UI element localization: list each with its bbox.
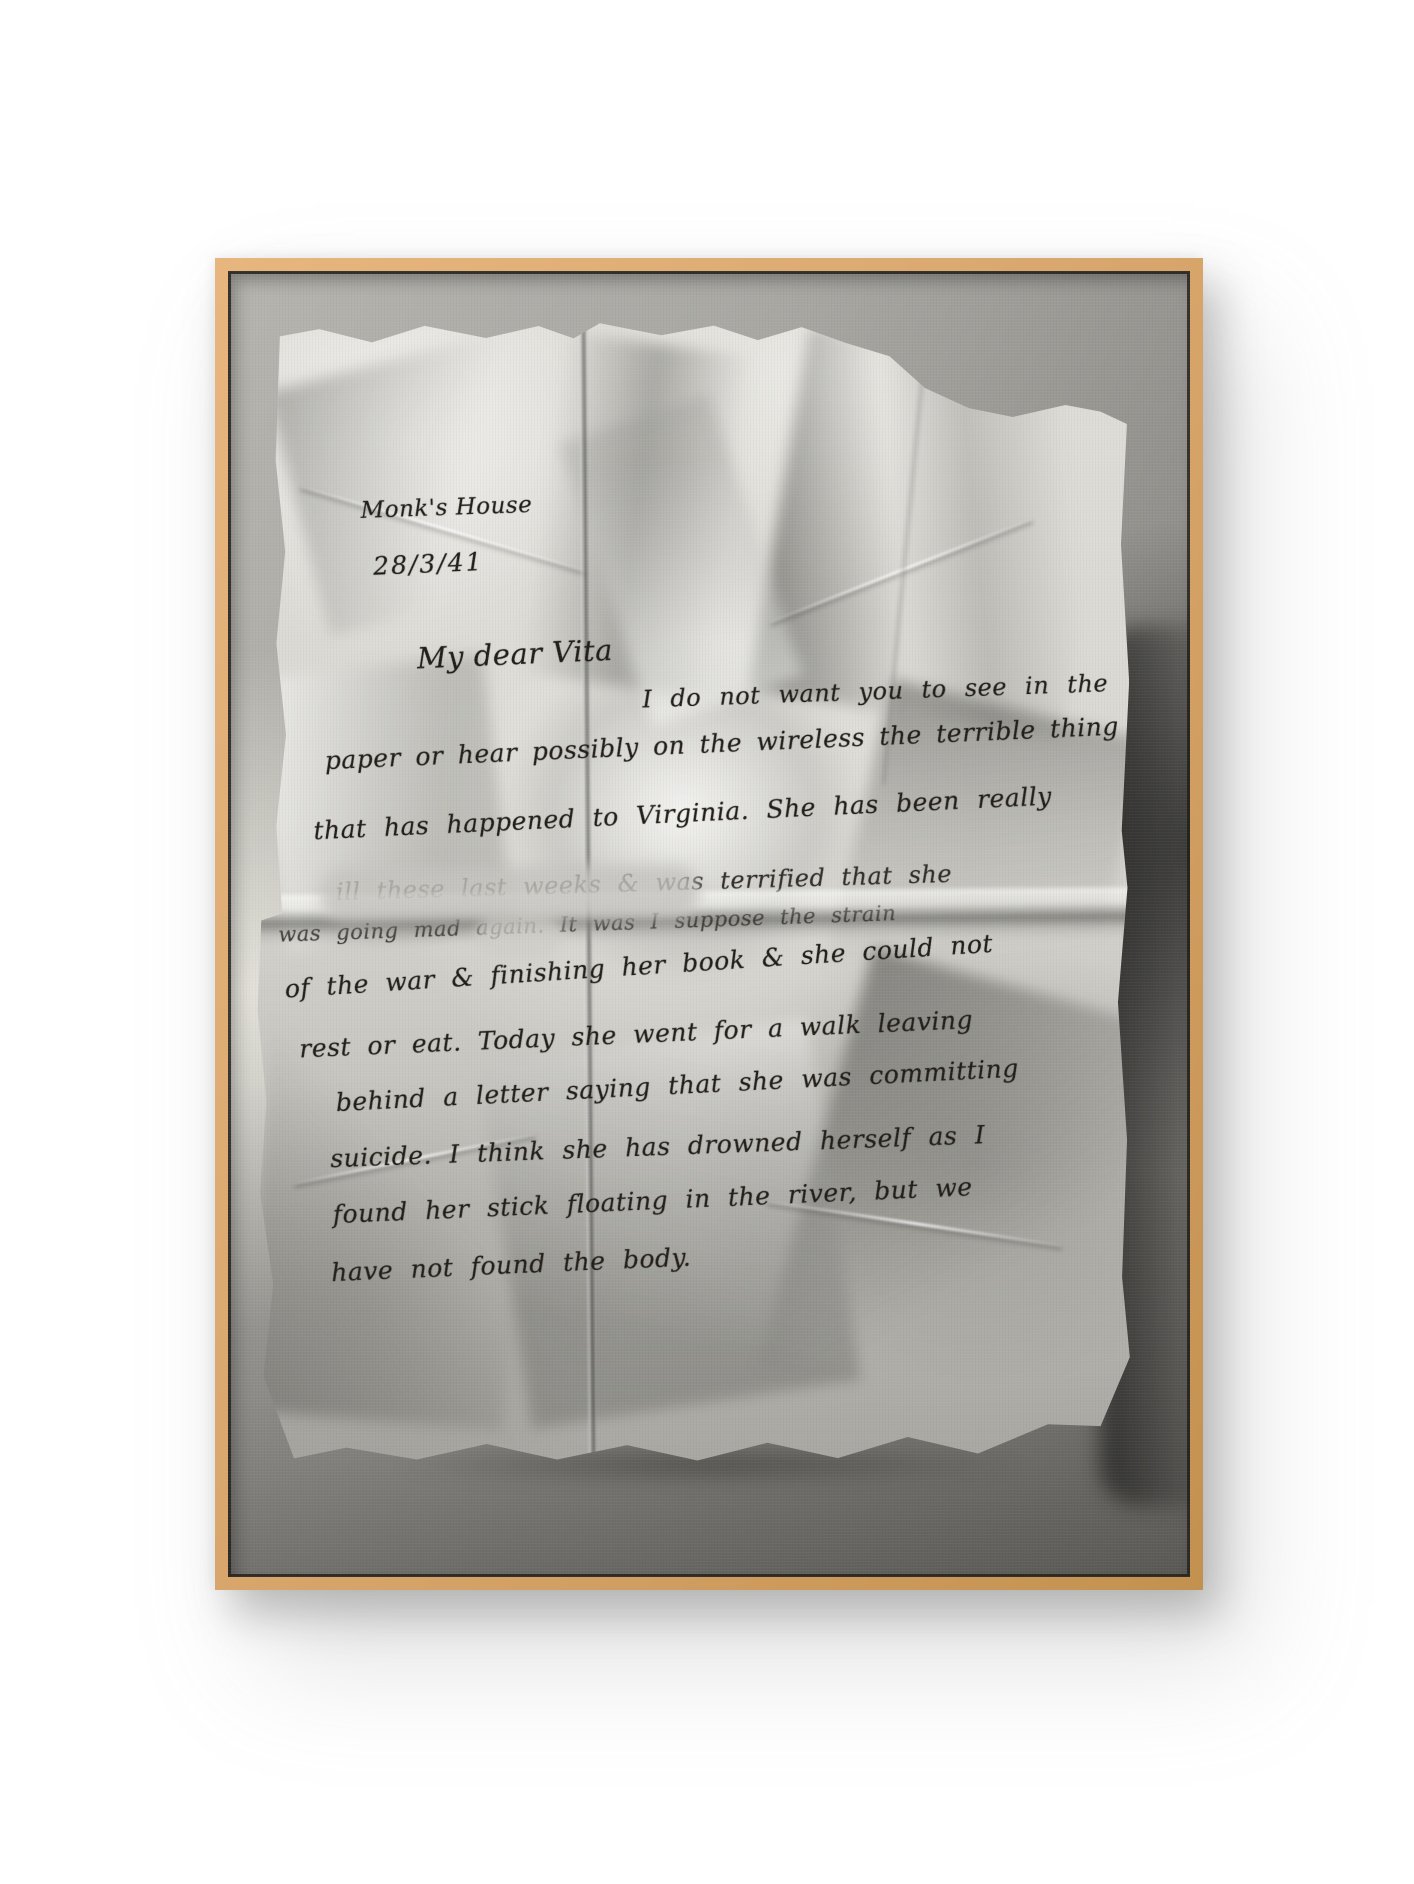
letter-paper: Monk's House 28/3/41 My dear Vita I do n… <box>249 315 1136 1468</box>
letter-line: that has happened to Virginia. She has b… <box>313 782 1053 846</box>
letter-line: have not found the body. <box>331 1242 692 1287</box>
letter-line: rest or eat. Today she went for a walk l… <box>299 1005 974 1063</box>
letter-line: suicide. I think she has drowned herself… <box>330 1120 986 1173</box>
picture-frame: Monk's House 28/3/41 My dear Vita I do n… <box>215 258 1203 1590</box>
fold-line-horizontal <box>254 887 1131 945</box>
paper-crease <box>267 327 585 637</box>
letter-line: I do not want you to see in the <box>642 669 1109 713</box>
letter-date: 28/3/41 <box>373 547 485 581</box>
photograph-of-framed-painting: Monk's House 28/3/41 My dear Vita I do n… <box>0 0 1414 1884</box>
letter-line: found her stick floating in the river, b… <box>332 1172 973 1229</box>
letter-place: Monk's House <box>360 492 533 524</box>
paper-crease <box>559 393 803 725</box>
letter-line: behind a letter saying that she was comm… <box>335 1054 1019 1118</box>
painting-canvas: Monk's House 28/3/41 My dear Vita I do n… <box>228 271 1190 1577</box>
letter-line: paper or hear possibly on the wireless t… <box>324 712 1119 776</box>
